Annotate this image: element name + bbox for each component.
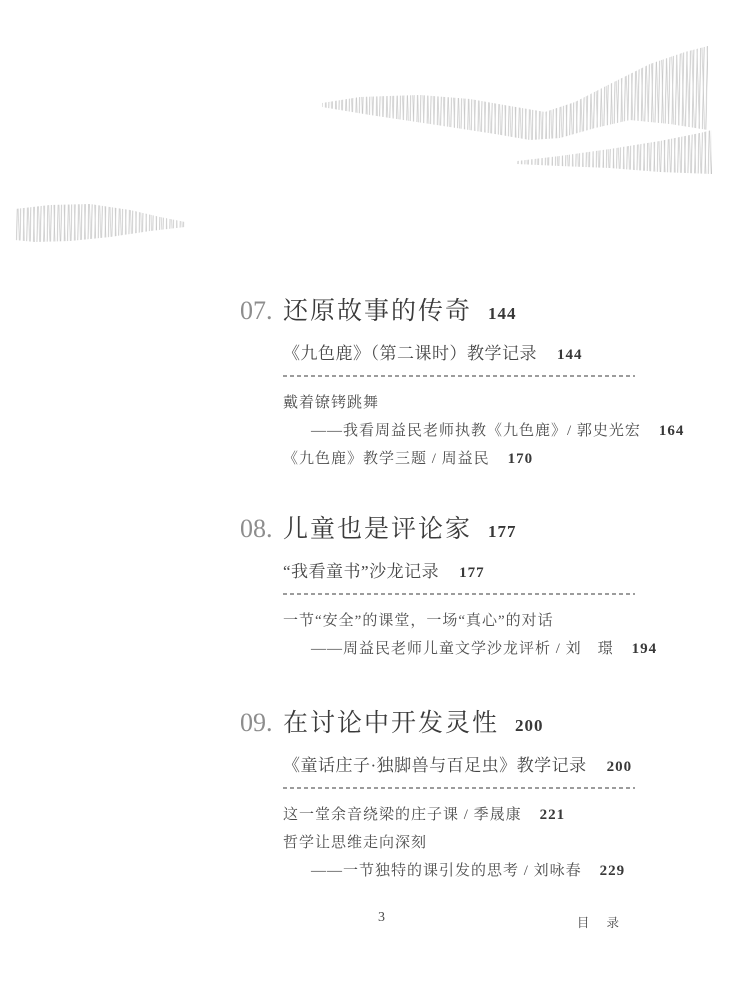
entry-page-number: 194	[632, 641, 658, 657]
toc-entry: ——一节独特的课引发的思考 / 刘咏春 229	[283, 857, 652, 885]
section-title-row: 08. 儿童也是评论家 177	[240, 512, 652, 546]
section-title: 儿童也是评论家	[283, 513, 472, 547]
entry-text: ——一节独特的课引发的思考 / 刘咏春	[283, 863, 582, 879]
pencil-sketch-decoration	[0, 0, 750, 270]
section-subtitle-page-number: 200	[607, 759, 633, 775]
section-number: 08.	[240, 512, 283, 546]
toc-entry: 《九色鹿》教学三题 / 周益民 170	[283, 445, 652, 473]
toc-entry: ——我看周益民老师执教《九色鹿》/ 郭史光宏 164	[283, 417, 652, 445]
entry-page-number: 229	[600, 863, 626, 879]
dashed-separator	[283, 375, 635, 377]
toc-entry: 一节“安全”的课堂，一场“真心”的对话	[283, 607, 652, 635]
entry-page-number: 164	[659, 423, 685, 439]
entry-text: ——周益民老师儿童文学沙龙评析 / 刘 璟	[283, 641, 614, 657]
toc-entry: 哲学让思维走向深刻	[283, 829, 652, 857]
entry-text: 哲学让思维走向深刻	[283, 835, 427, 851]
page-footer: 3 目 录	[0, 910, 750, 934]
sketch-band-left	[15, 204, 185, 242]
entry-text: 一节“安全”的课堂，一场“真心”的对话	[283, 613, 554, 629]
entry-text: 《九色鹿》教学三题 / 周益民	[283, 451, 490, 467]
section-title-row: 07. 还原故事的传奇 144	[240, 294, 652, 328]
section-title-row: 09. 在讨论中开发灵性 200	[240, 706, 652, 740]
entry-page-number: 221	[540, 807, 566, 823]
entry-text: 这一堂余音绕梁的庄子课 / 季晟康	[283, 807, 522, 823]
footer-page-number: 3	[378, 910, 385, 926]
toc-section-08: 08. 儿童也是评论家 177 “我看童书”沙龙记录 177 一节“安全”的课堂…	[240, 512, 652, 663]
toc-entry: 这一堂余音绕梁的庄子课 / 季晟康 221	[283, 801, 652, 829]
section-title-page-number: 200	[515, 709, 544, 743]
section-title-page-number: 177	[488, 515, 517, 549]
toc-entry: 戴着镣铐跳舞	[283, 389, 652, 417]
section-title: 还原故事的传奇	[283, 295, 472, 329]
section-subtitle-page-number: 144	[557, 347, 583, 363]
dashed-separator	[283, 787, 635, 789]
section-title: 在讨论中开发灵性	[283, 707, 499, 741]
section-number: 07.	[240, 294, 283, 328]
section-entries: 这一堂余音绕梁的庄子课 / 季晟康 221 哲学让思维走向深刻 ——一节独特的课…	[283, 801, 652, 885]
section-subtitle-row: “我看童书”沙龙记录 177	[283, 560, 652, 585]
section-subtitle: 《九色鹿》（第二课时）教学记录	[283, 344, 537, 363]
toc-section-07: 07. 还原故事的传奇 144 《九色鹿》（第二课时）教学记录 144 戴着镣铐…	[240, 294, 652, 473]
section-subtitle: “我看童书”沙龙记录	[283, 562, 439, 581]
entry-page-number: 170	[508, 451, 534, 467]
section-subtitle-row: 《九色鹿》（第二课时）教学记录 144	[283, 342, 652, 367]
section-entries: 戴着镣铐跳舞 ——我看周益民老师执教《九色鹿》/ 郭史光宏 164 《九色鹿》教…	[283, 389, 652, 473]
section-subtitle: 《童话庄子·独脚兽与百足虫》教学记录	[283, 756, 587, 775]
section-subtitle-row: 《童话庄子·独脚兽与百足虫》教学记录 200	[283, 754, 652, 779]
section-number: 09.	[240, 706, 283, 740]
section-subtitle-page-number: 177	[459, 565, 485, 581]
entry-text: 戴着镣铐跳舞	[283, 395, 379, 411]
toc-section-09: 09. 在讨论中开发灵性 200 《童话庄子·独脚兽与百足虫》教学记录 200 …	[240, 706, 652, 885]
sketch-band-top-right	[322, 46, 708, 140]
footer-running-title: 目 录	[577, 913, 626, 931]
dashed-separator	[283, 593, 635, 595]
toc-entry: ——周益民老师儿童文学沙龙评析 / 刘 璟 194	[283, 635, 652, 663]
section-title-page-number: 144	[488, 297, 517, 331]
section-entries: 一节“安全”的课堂，一场“真心”的对话 ——周益民老师儿童文学沙龙评析 / 刘 …	[283, 607, 652, 663]
entry-text: ——我看周益民老师执教《九色鹿》/ 郭史光宏	[283, 423, 641, 439]
